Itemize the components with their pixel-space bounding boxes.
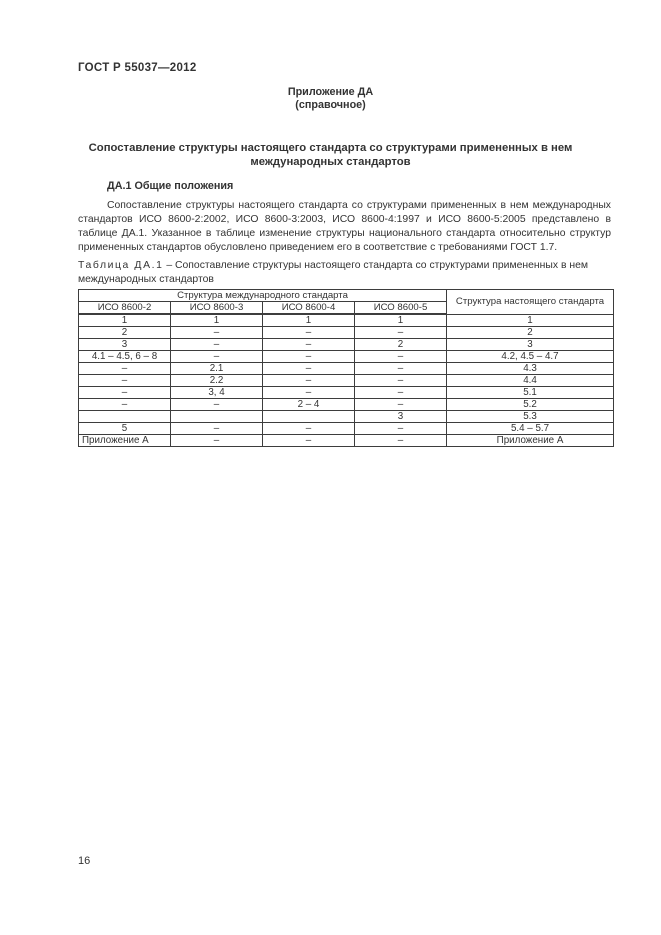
page-number: 16 bbox=[78, 855, 90, 867]
annex-type: (справочное) bbox=[0, 99, 661, 111]
table-cell: 2 bbox=[355, 339, 447, 351]
table-cell: 5.3 bbox=[447, 411, 614, 423]
table-cell: – bbox=[355, 363, 447, 375]
table-caption: Таблица ДА.1 – Сопоставление структуры н… bbox=[78, 259, 623, 287]
section-heading: ДА.1 Общие положения bbox=[107, 180, 233, 192]
table-cell: 3 bbox=[447, 339, 614, 351]
table-cell: – bbox=[355, 423, 447, 435]
last-column-header-cell: Структура настоящего стандарта bbox=[447, 290, 614, 315]
table-cell: – bbox=[171, 327, 263, 339]
table-cell: – bbox=[355, 351, 447, 363]
table-cell: – bbox=[171, 351, 263, 363]
table-cell: 2 bbox=[79, 327, 171, 339]
table-cell: 1 bbox=[355, 314, 447, 327]
table-row: Приложение А – – – Приложение А bbox=[79, 435, 614, 447]
table-cell: – bbox=[355, 327, 447, 339]
table-cell: – bbox=[171, 423, 263, 435]
table-row: – 2.1 – – 4.3 bbox=[79, 363, 614, 375]
table-cell: 2 – 4 bbox=[263, 399, 355, 411]
table-row: 2 – – – 2 bbox=[79, 327, 614, 339]
table-cell: 2.1 bbox=[171, 363, 263, 375]
table-row: 5 – – – 5.4 – 5.7 bbox=[79, 423, 614, 435]
table-cell: – bbox=[171, 435, 263, 447]
table-cell: 1 bbox=[79, 314, 171, 327]
table-row: – 3, 4 – – 5.1 bbox=[79, 387, 614, 399]
table-row: 3 – – 2 3 bbox=[79, 339, 614, 351]
table-cell: – bbox=[263, 351, 355, 363]
table-cell: – bbox=[263, 363, 355, 375]
table-cell: – bbox=[79, 363, 171, 375]
table-cell: 5.1 bbox=[447, 387, 614, 399]
table-cell bbox=[79, 411, 171, 423]
table-cell: – bbox=[263, 339, 355, 351]
table-header-row-group: Структура международного стандарта Струк… bbox=[79, 290, 614, 302]
table-cell: – bbox=[263, 435, 355, 447]
table-cell: – bbox=[79, 375, 171, 387]
table-cell: 1 bbox=[263, 314, 355, 327]
table-cell: 3 bbox=[355, 411, 447, 423]
body-paragraph: Сопоставление структуры настоящего станд… bbox=[78, 199, 611, 255]
column-header: ИСО 8600-2 bbox=[79, 302, 171, 315]
annex-label: Приложение ДА bbox=[0, 86, 661, 98]
group-header-cell: Структура международного стандарта bbox=[79, 290, 447, 302]
table-cell: 1 bbox=[447, 314, 614, 327]
running-header: ГОСТ Р 55037—2012 bbox=[78, 62, 197, 74]
table-cell: 4.4 bbox=[447, 375, 614, 387]
table-caption-label: Таблица ДА.1 bbox=[78, 260, 163, 271]
table-cell: 5.2 bbox=[447, 399, 614, 411]
table-cell: – bbox=[263, 327, 355, 339]
table-cell bbox=[263, 411, 355, 423]
table-cell: 1 bbox=[171, 314, 263, 327]
table-cell: 3, 4 bbox=[171, 387, 263, 399]
table-row: – – 2 – 4 – 5.2 bbox=[79, 399, 614, 411]
table-cell: – bbox=[355, 399, 447, 411]
table-cell: 3 bbox=[79, 339, 171, 351]
table-cell: – bbox=[355, 435, 447, 447]
table-row: – 2.2 – – 4.4 bbox=[79, 375, 614, 387]
column-header: ИСО 8600-4 bbox=[263, 302, 355, 315]
table-cell: 2 bbox=[447, 327, 614, 339]
table-cell bbox=[171, 411, 263, 423]
table-cell: – bbox=[79, 399, 171, 411]
table-cell: – bbox=[355, 375, 447, 387]
table-cell: Приложение А bbox=[79, 435, 171, 447]
table-cell: – bbox=[79, 387, 171, 399]
table-row: 4.1 – 4.5, 6 – 8 – – – 4.2, 4.5 – 4.7 bbox=[79, 351, 614, 363]
table-cell: – bbox=[263, 375, 355, 387]
column-header: ИСО 8600-3 bbox=[171, 302, 263, 315]
table-cell: – bbox=[263, 387, 355, 399]
table-row: 1 1 1 1 1 bbox=[79, 314, 614, 327]
column-header: ИСО 8600-5 bbox=[355, 302, 447, 315]
table-cell: – bbox=[355, 387, 447, 399]
table-cell: 4.3 bbox=[447, 363, 614, 375]
document-page: ГОСТ Р 55037—2012 Приложение ДА (справоч… bbox=[0, 0, 661, 935]
table-cell: 5 bbox=[79, 423, 171, 435]
table-row: 3 5.3 bbox=[79, 411, 614, 423]
table-cell: – bbox=[171, 399, 263, 411]
table-cell: – bbox=[171, 339, 263, 351]
table-cell: 4.1 – 4.5, 6 – 8 bbox=[79, 351, 171, 363]
table-cell: 4.2, 4.5 – 4.7 bbox=[447, 351, 614, 363]
table-cell: Приложение А bbox=[447, 435, 614, 447]
table-cell: – bbox=[263, 423, 355, 435]
page-title: Сопоставление структуры настоящего станд… bbox=[43, 142, 619, 169]
table-cell: 2.2 bbox=[171, 375, 263, 387]
comparison-table: Структура международного стандарта Струк… bbox=[78, 289, 614, 447]
table-cell: 5.4 – 5.7 bbox=[447, 423, 614, 435]
